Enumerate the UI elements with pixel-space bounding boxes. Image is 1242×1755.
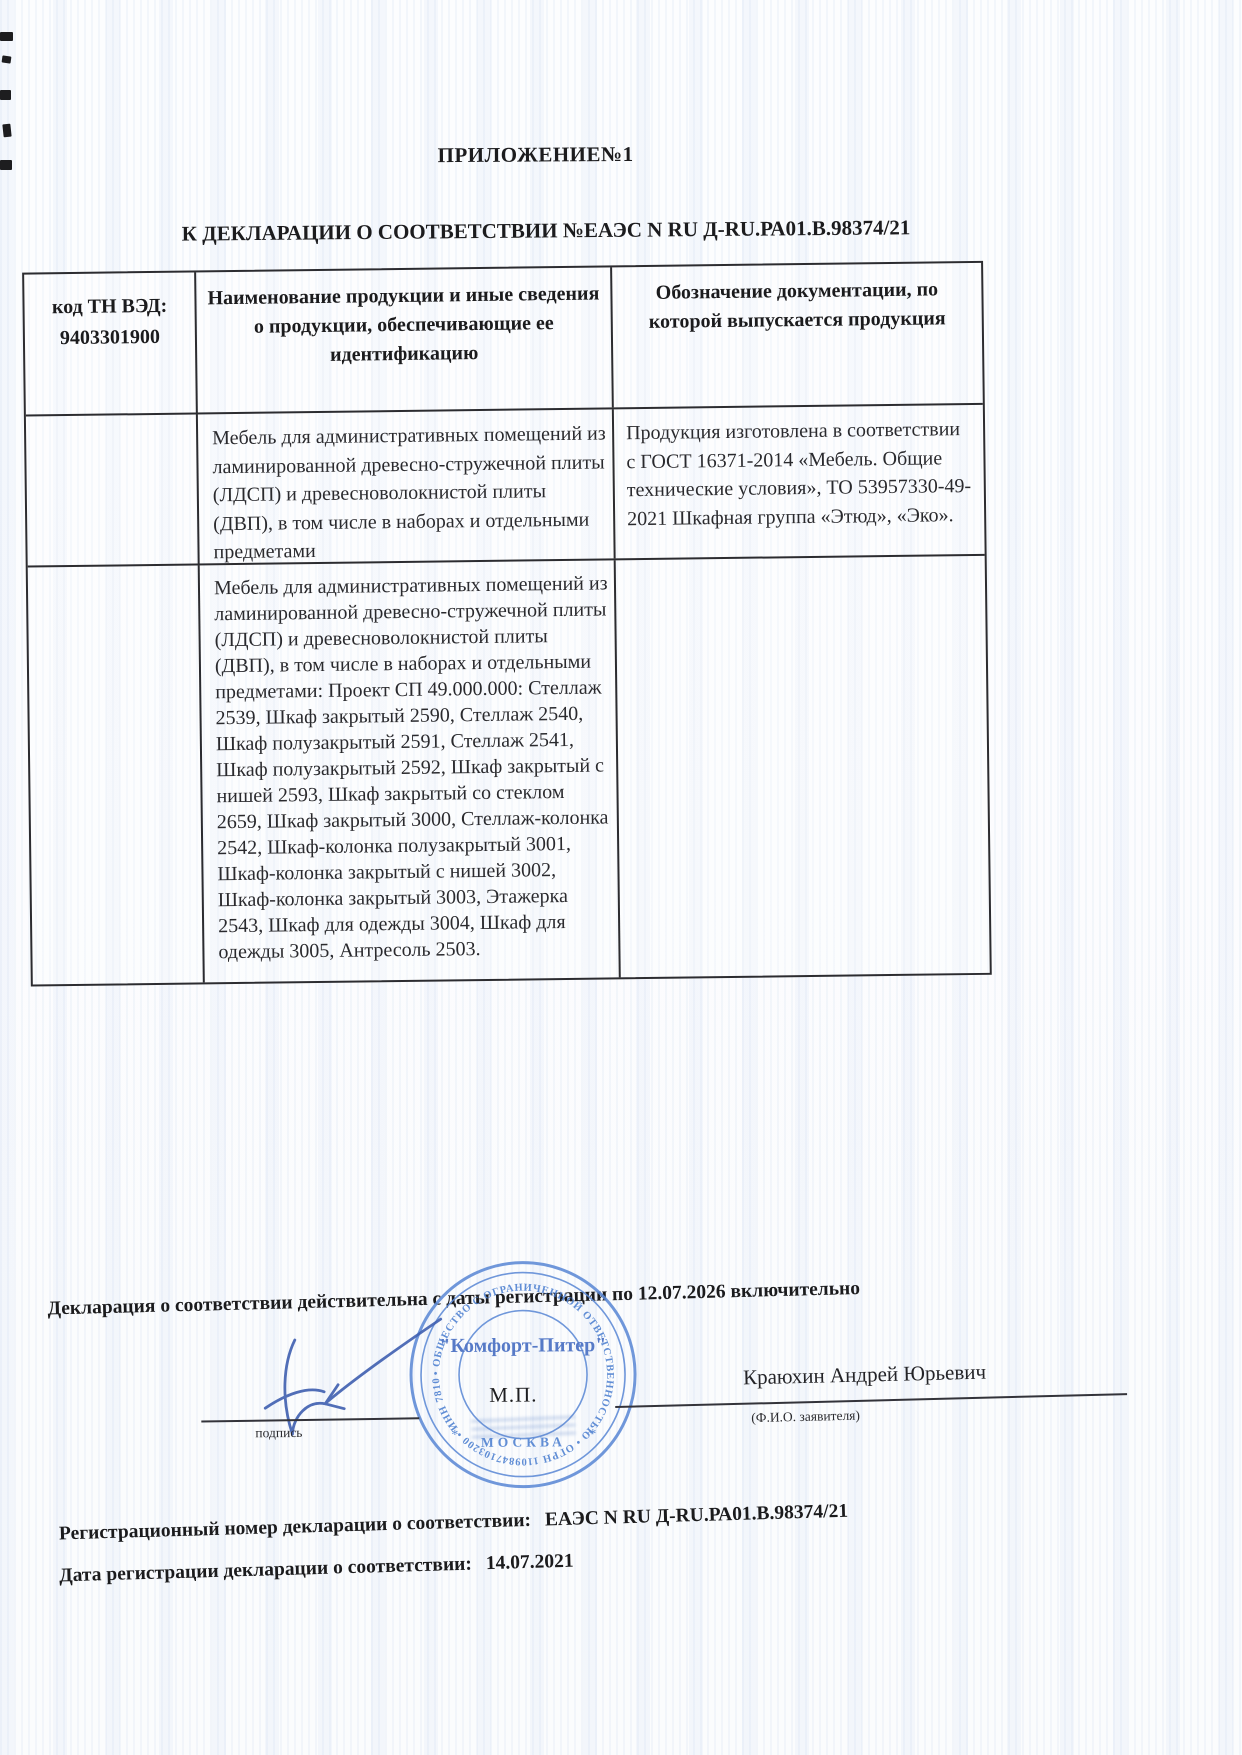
scanned-document-page: ПРИЛОЖЕНИЕ№1 К ДЕКЛАРАЦИИ О СООТВЕТСТВИИ… (0, 0, 1242, 1755)
registration-number-line: Регистрационный номер декларации о соотв… (59, 1493, 1109, 1545)
tnved-label: код ТН ВЭД: (52, 291, 168, 323)
signature-label: подпись (255, 1425, 302, 1441)
products-table: код ТН ВЭД: 9403301900 Наименование прод… (22, 261, 992, 987)
stamp-company-name: "Комфорт-Питер" (439, 1334, 606, 1357)
declaration-subtitle: К ДЕКЛАРАЦИИ О СООТВЕТСТВИИ №ЕАЭС N RU Д… (0, 214, 1096, 249)
header-cell-documentation: Обозначение документации, по которой вып… (612, 263, 983, 407)
registration-date-label: Дата регистрации декларации о соответств… (59, 1554, 472, 1587)
registration-number-label: Регистрационный номер декларации о соотв… (59, 1510, 532, 1545)
header-cell-product: Наименование продукции и иные сведения о… (196, 267, 614, 412)
stamp-blurred-text (471, 1410, 576, 1438)
cell-product-2: Мебель для административных помещений из… (200, 560, 621, 982)
applicant-name: Краюхин Андрей Юрьевич (743, 1360, 987, 1391)
applicant-name-line (615, 1393, 1127, 1408)
mp-seal-label: М.П. (489, 1383, 537, 1408)
cell-product-1: Мебель для административных помещений из… (198, 409, 616, 563)
tnved-code: 9403301900 (60, 322, 160, 354)
table-row: Мебель для административных помещений из… (28, 556, 990, 985)
cell-tnved-empty (26, 414, 200, 565)
cell-documentation-2 (616, 556, 990, 977)
registration-date-value: 14.07.2021 (486, 1551, 574, 1575)
stamp-star: * (589, 1427, 596, 1442)
registration-date-line: Дата регистрации декларации о соответств… (59, 1535, 1109, 1587)
table-header-row: код ТН ВЭД: 9403301900 Наименование прод… (24, 263, 983, 417)
cell-documentation-1: Продукция изготовлена в соответствии с Г… (614, 405, 985, 558)
header-cell-tnved: код ТН ВЭД: 9403301900 (24, 272, 198, 414)
applicant-name-label: (Ф.И.О. заявителя) (751, 1408, 860, 1427)
table-row: Мебель для административных помещений из… (26, 405, 985, 568)
document-content: ПРИЛОЖЕНИЕ№1 К ДЕКЛАРАЦИИ О СООТВЕТСТВИИ… (0, 0, 1242, 1755)
registration-number-value: ЕАЭС N RU Д-RU.РА01.В.98374/21 (545, 1501, 849, 1531)
appendix-title: ПРИЛОЖЕНИЕ№1 (0, 139, 1076, 171)
cell-tnved-empty (28, 565, 205, 984)
